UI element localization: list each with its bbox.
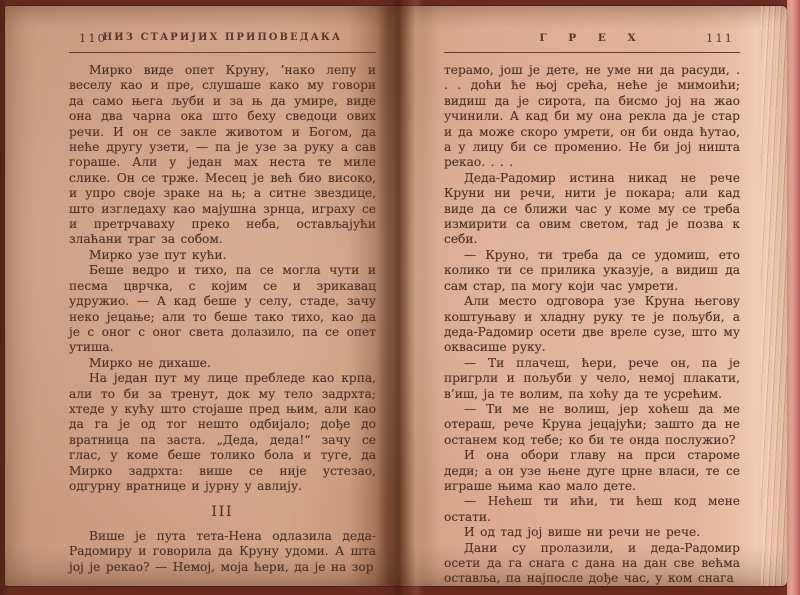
paragraph: Мирко виде опет Круну, ’нако лепу и весе… [69, 63, 376, 248]
left-page-header: 110 НИЗ СТАРИЈИХ ПРИПОВЕДАКА [69, 30, 376, 46]
paragraph: Деда-Радомир истина никад не рече Круни … [444, 171, 740, 248]
book-fore-edge [787, 0, 800, 595]
section-heading: III [69, 505, 376, 520]
paragraph: Више је пута тета-Нена одлазила деда-Рад… [69, 529, 376, 575]
paragraph: Беше ведро и тихо, па се могла чути и пе… [69, 263, 376, 355]
paragraph: — Ти ме не волиш, јер хоћеш да ме отераш… [444, 402, 740, 448]
running-title-left: НИЗ СТАРИЈИХ ПРИПОВЕДАКА [103, 32, 342, 43]
running-title-right: Г Р Е Х [539, 32, 644, 44]
header-rule-left [69, 52, 376, 53]
paragraph: И од тад јој више ни речи не рече. [444, 525, 740, 540]
paragraph: — Круно, ти треба да се удомиш, ето коли… [444, 248, 740, 294]
paragraph: Мирко узе пут кући. [69, 248, 376, 263]
gutter-shadow [378, 0, 424, 595]
paragraph: — Ти плачеш, ћери, рече он, па је пригрл… [444, 356, 740, 402]
right-page-body: терамо, још је дете, не уме ни да расуди… [444, 63, 740, 587]
paragraph: И она обори главу на прси староме деди; … [444, 448, 740, 494]
paragraph: — Нећеш ти ићи, ти ћеш код мене остати. [444, 494, 740, 525]
left-page-body: Мирко виде опет Круну, ’нако лепу и весе… [69, 63, 376, 575]
paragraph: терамо, још је дете, не уме ни да расуди… [444, 63, 740, 171]
page-number-right: 111 [706, 31, 734, 45]
paragraph: На један пут му лице пребледе као крпа, … [69, 371, 376, 494]
right-page-header: Г Р Е Х 111 [444, 30, 740, 46]
right-page: Г Р Е Х 111 терамо, још је дете, не уме … [444, 30, 740, 587]
book-scan: 110 НИЗ СТАРИЈИХ ПРИПОВЕДАКА Мирко виде … [0, 0, 800, 595]
paragraph: Мирко не дихаше. [69, 356, 376, 371]
left-page: 110 НИЗ СТАРИЈИХ ПРИПОВЕДАКА Мирко виде … [69, 30, 376, 575]
paragraph: Дани су пролазили, и деда-Радомир осети … [444, 541, 740, 587]
header-rule-right [444, 52, 740, 53]
stacked-page-edges [761, 6, 787, 586]
paragraph: Али место одговора узе Круна његову кошт… [444, 294, 740, 356]
